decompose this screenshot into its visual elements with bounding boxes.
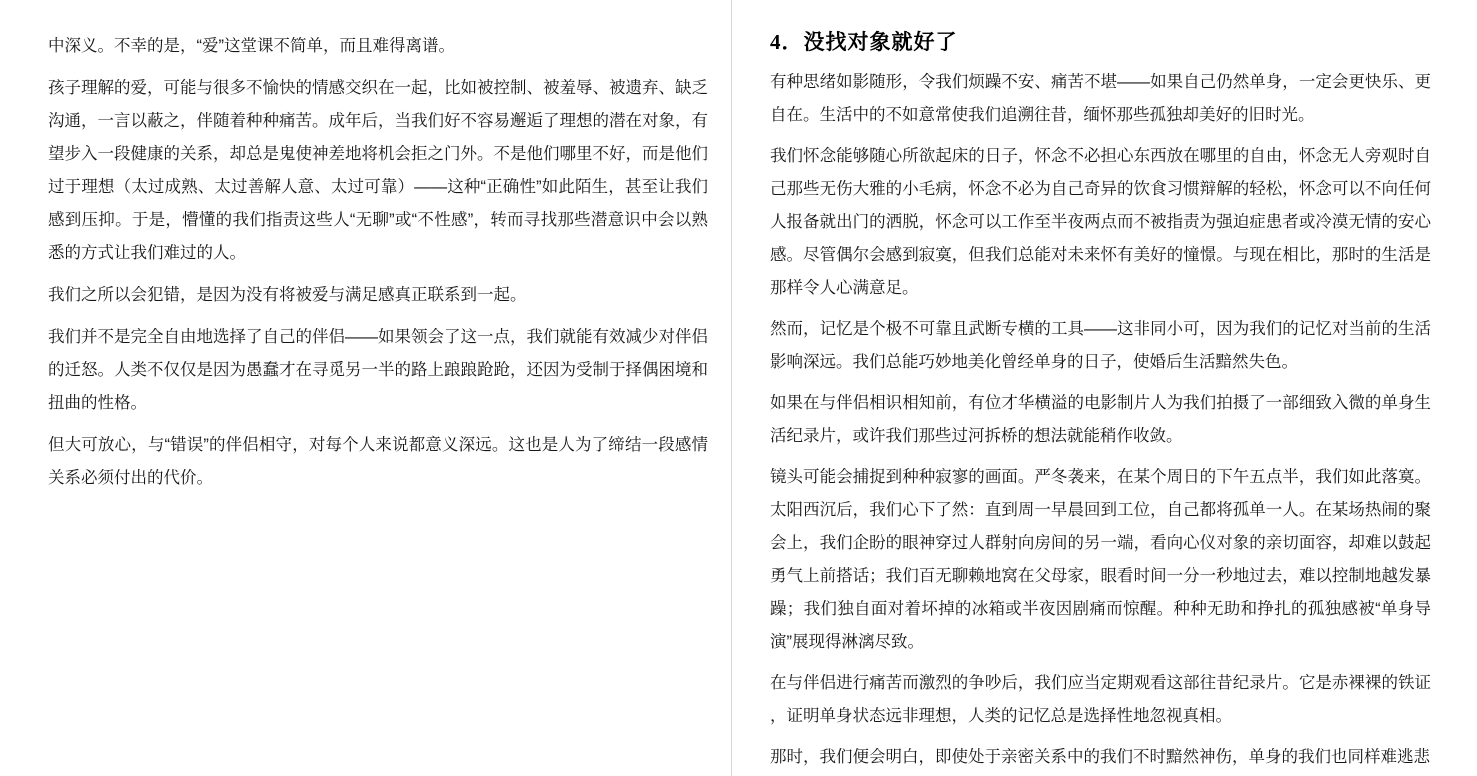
right-page: 4．没找对象就好了 有种思绪如影随形，令我们烦躁不安、痛苦不堪——如果自己仍然单… bbox=[770, 0, 1431, 776]
paragraph: 孩子理解的爱，可能与很多不愉快的情感交织在一起，比如被控制、被羞辱、被遗弃、缺乏… bbox=[48, 72, 708, 270]
paragraph: 如果在与伴侣相识相知前，有位才华横溢的电影制片人为我们拍摄了一部细致入微的单身生… bbox=[770, 387, 1431, 453]
paragraph: 然而，记忆是个极不可靠且武断专横的工具——这非同小可，因为我们的记忆对当前的生活… bbox=[770, 313, 1431, 379]
paragraph: 我们怀念能够随心所欲起床的日子，怀念不必担心东西放在哪里的自由，怀念无人旁观时自… bbox=[770, 140, 1431, 305]
chapter-heading: 4．没找对象就好了 bbox=[770, 28, 1431, 56]
page-divider bbox=[731, 0, 732, 776]
paragraph: 那时，我们便会明白，即使处于亲密关系中的我们不时黯然神伤，单身的我们也同样难逃悲 bbox=[770, 741, 1431, 774]
paragraph: 但大可放心，与“错误”的伴侣相守，对每个人来说都意义深远。这也是人为了缔结一段感… bbox=[48, 429, 708, 495]
left-page: 中深义。不幸的是，“爱”这堂课不简单，而且难得离谱。 孩子理解的爱，可能与很多不… bbox=[48, 0, 708, 776]
paragraph: 我们之所以会犯错，是因为没有将被爱与满足感真正联系到一起。 bbox=[48, 279, 708, 312]
paragraph: 中深义。不幸的是，“爱”这堂课不简单，而且难得离谱。 bbox=[48, 30, 708, 63]
paragraph: 镜头可能会捕捉到种种寂寥的画面。严冬袭来，在某个周日的下午五点半，我们如此落寞。… bbox=[770, 461, 1431, 659]
paragraph: 有种思绪如影随形，令我们烦躁不安、痛苦不堪——如果自己仍然单身，一定会更快乐、更… bbox=[770, 66, 1431, 132]
paragraph: 我们并不是完全自由地选择了自己的伴侣——如果领会了这一点，我们就能有效减少对伴侣… bbox=[48, 321, 708, 420]
paragraph: 在与伴侣进行痛苦而激烈的争吵后，我们应当定期观看这部往昔纪录片。它是赤裸裸的铁证… bbox=[770, 667, 1431, 733]
ebook-reader-canvas: 中深义。不幸的是，“爱”这堂课不简单，而且难得离谱。 孩子理解的爱，可能与很多不… bbox=[0, 0, 1477, 776]
